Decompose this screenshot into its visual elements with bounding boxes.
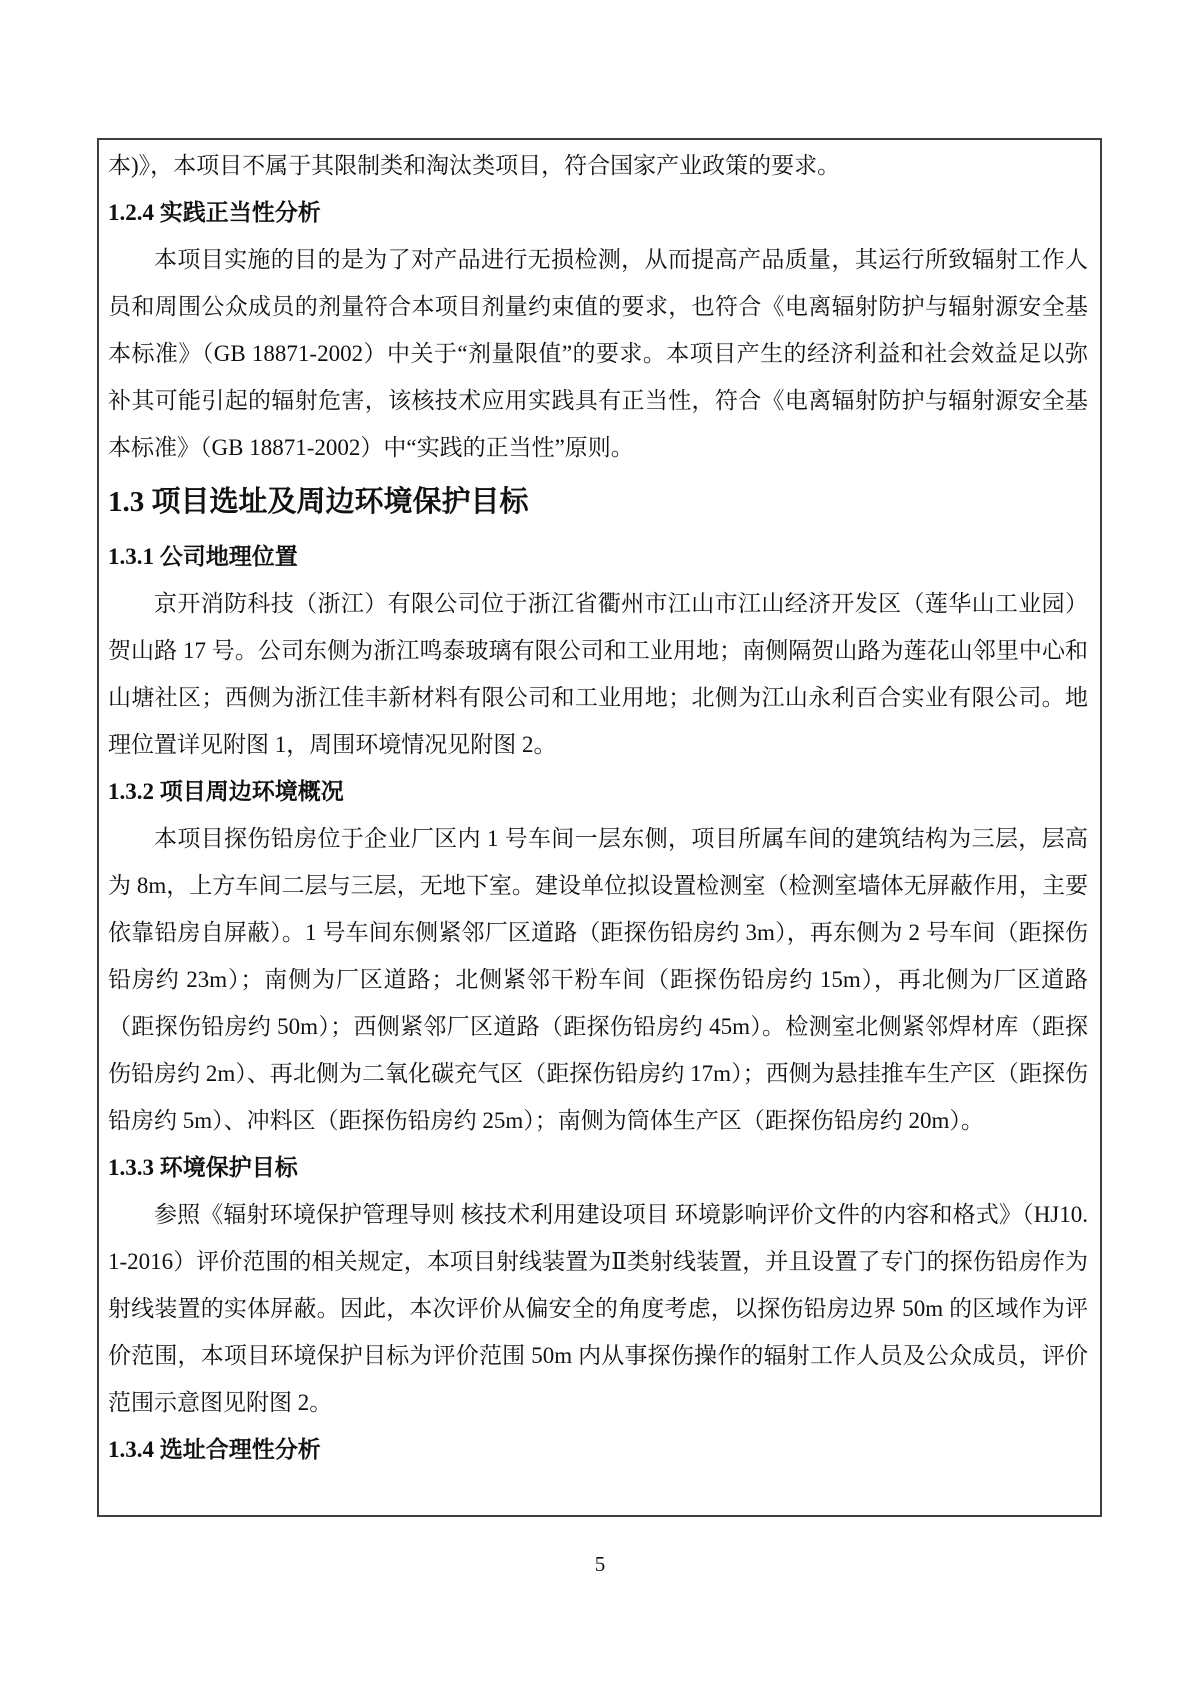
heading-1-3-1-company-location: 1.3.1 公司地理位置	[108, 533, 1088, 580]
heading-1-3-2-surrounding-environment: 1.3.2 项目周边环境概况	[108, 768, 1088, 815]
paragraph-practice-justification: 本项目实施的目的是为了对产品进行无损检测，从而提高产品质量，其运行所致辐射工作人…	[108, 236, 1088, 471]
document-body-frame: 本)》，本项目不属于其限制类和淘汰类项目，符合国家产业政策的要求。 1.2.4 …	[97, 138, 1102, 1517]
page-number: 5	[0, 1548, 1200, 1580]
document-page: { "document": { "blocks": [ { "type": "p…	[0, 0, 1200, 1697]
paragraph-policy-conclusion: 本)》，本项目不属于其限制类和淘汰类项目，符合国家产业政策的要求。	[108, 142, 1088, 189]
paragraph-surrounding-environment: 本项目探伤铅房位于企业厂区内 1 号车间一层东侧，项目所属车间的建筑结构为三层，…	[108, 815, 1088, 1144]
paragraph-company-location: 京开消防科技（浙江）有限公司位于浙江省衢州市江山市江山经济开发区（莲华山工业园）…	[108, 580, 1088, 768]
heading-1-3-3-protection-targets: 1.3.3 环境保护目标	[108, 1144, 1088, 1191]
heading-1-2-4-practice-justification: 1.2.4 实践正当性分析	[108, 189, 1088, 236]
heading-1-3-4-site-rationality: 1.3.4 选址合理性分析	[108, 1426, 1088, 1473]
heading-1-3-site-selection: 1.3 项目选址及周边环境保护目标	[108, 471, 1088, 533]
paragraph-protection-targets: 参照《辐射环境保护管理导则 核技术利用建设项目 环境影响评价文件的内容和格式》（…	[108, 1191, 1088, 1426]
